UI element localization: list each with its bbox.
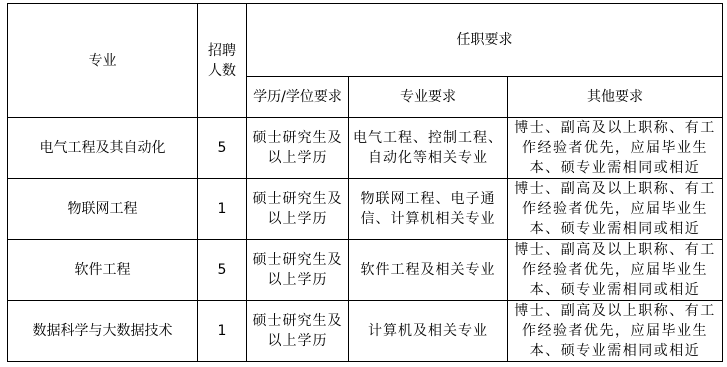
- cell-major-requirement: 物联网工程、电子通信、计算机相关专业: [349, 179, 508, 240]
- cell-major: 电气工程及其自动化: [8, 118, 198, 179]
- cell-other-requirement: 博士、副高及以上职称、有工作经验者优先，应届毕业生本、硕专业需相同或相近: [508, 179, 723, 240]
- cell-headcount: 5: [198, 240, 247, 301]
- header-major: 专业: [8, 4, 198, 118]
- header-headcount: 招聘人数: [198, 4, 247, 118]
- table-row: 物联网工程 1 硕士研究生及以上学历 物联网工程、电子通信、计算机相关专业 博士…: [8, 179, 723, 240]
- header-other-requirement: 其他要求: [508, 77, 723, 118]
- cell-headcount: 1: [198, 301, 247, 362]
- header-education: 学历/学位要求: [247, 77, 349, 118]
- cell-major-requirement: 计算机及相关专业: [349, 301, 508, 362]
- cell-major-requirement: 软件工程及相关专业: [349, 240, 508, 301]
- recruitment-requirements-table: 专业 招聘人数 任职要求 学历/学位要求 专业要求 其他要求 电气工程及其自动化…: [7, 3, 723, 362]
- cell-other-requirement: 博士、副高及以上职称、有工作经验者优先，应届毕业生本、硕专业需相同或相近: [508, 301, 723, 362]
- cell-education: 硕士研究生及以上学历: [247, 301, 349, 362]
- cell-education: 硕士研究生及以上学历: [247, 118, 349, 179]
- cell-other-requirement: 博士、副高及以上职称、有工作经验者优先，应届毕业生本、硕专业需相同或相近: [508, 118, 723, 179]
- cell-major: 软件工程: [8, 240, 198, 301]
- cell-education: 硕士研究生及以上学历: [247, 240, 349, 301]
- table-row: 软件工程 5 硕士研究生及以上学历 软件工程及相关专业 博士、副高及以上职称、有…: [8, 240, 723, 301]
- cell-other-requirement: 博士、副高及以上职称、有工作经验者优先，应届毕业生本、硕专业需相同或相近: [508, 240, 723, 301]
- cell-education: 硕士研究生及以上学历: [247, 179, 349, 240]
- cell-major: 物联网工程: [8, 179, 198, 240]
- table-row: 数据科学与大数据技术 1 硕士研究生及以上学历 计算机及相关专业 博士、副高及以…: [8, 301, 723, 362]
- header-requirements-group: 任职要求: [247, 4, 723, 77]
- header-row-1: 专业 招聘人数 任职要求: [8, 4, 723, 77]
- header-major-requirement: 专业要求: [349, 77, 508, 118]
- cell-headcount: 1: [198, 179, 247, 240]
- cell-major-requirement: 电气工程、控制工程、自动化等相关专业: [349, 118, 508, 179]
- table-row: 电气工程及其自动化 5 硕士研究生及以上学历 电气工程、控制工程、自动化等相关专…: [8, 118, 723, 179]
- cell-headcount: 5: [198, 118, 247, 179]
- cell-major: 数据科学与大数据技术: [8, 301, 198, 362]
